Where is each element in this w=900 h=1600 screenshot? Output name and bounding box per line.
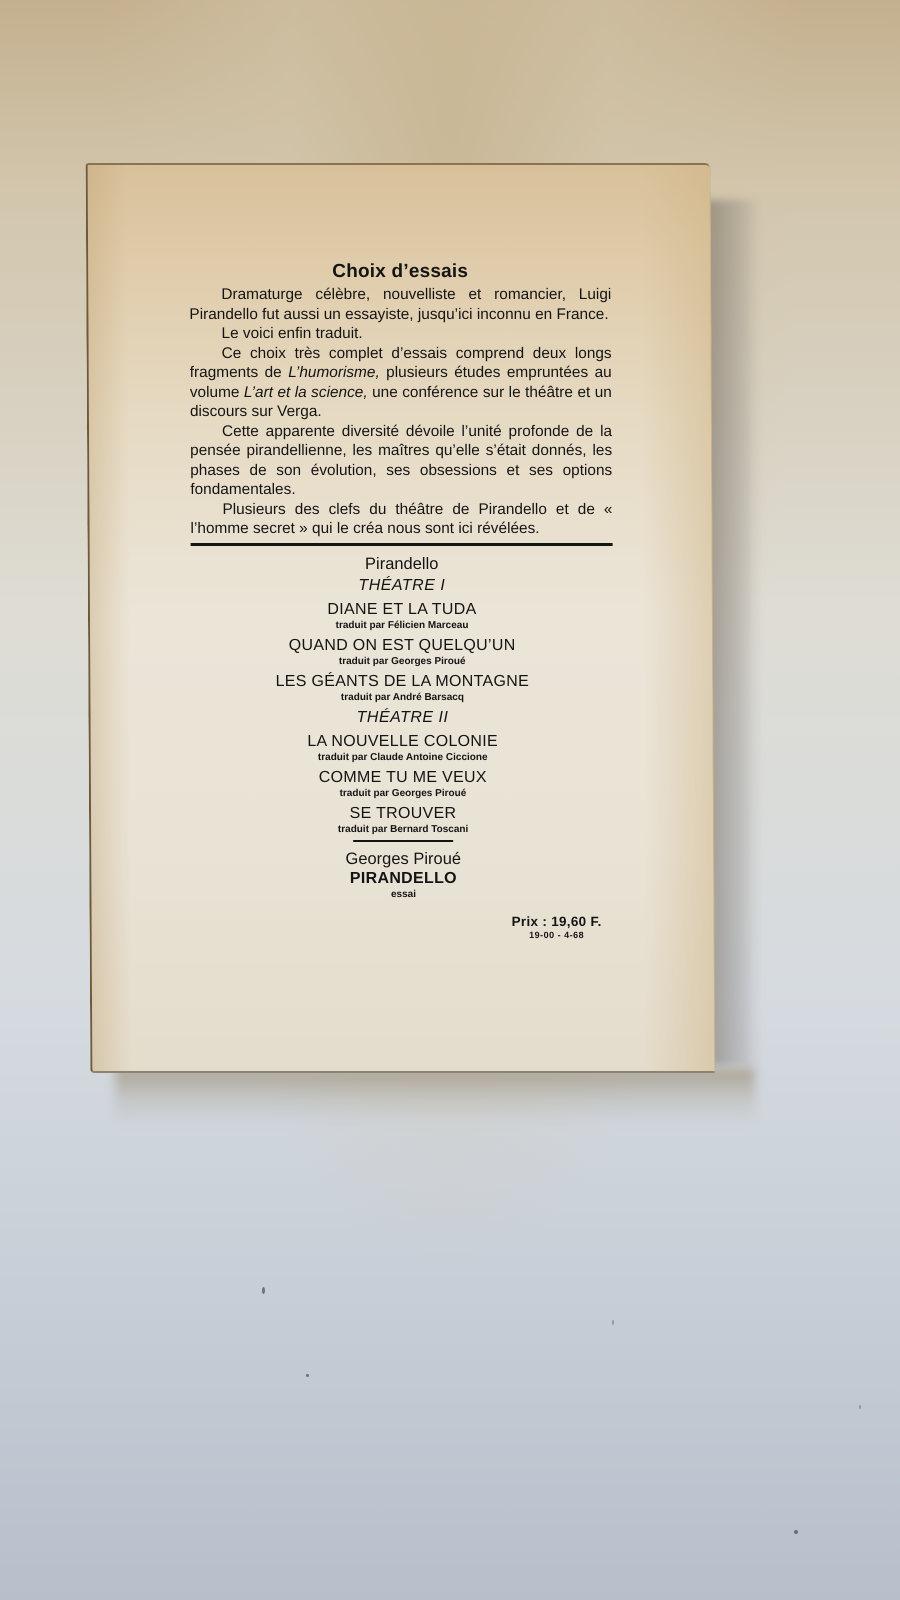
play-translator: traduit par Georges Piroué	[191, 655, 613, 668]
related-book-title: PIRANDELLO	[192, 869, 614, 888]
section-divider	[191, 543, 613, 546]
short-divider	[353, 840, 453, 843]
volume-label: THÉATRE II	[191, 708, 613, 728]
surface-speck	[612, 1320, 614, 1325]
price-block: Prix : 19,60 F. 19-00 - 4-68	[492, 914, 622, 941]
surface-speck	[859, 1405, 861, 1409]
blurb-body: Dramaturge célèbre, nouvelliste et roman…	[189, 285, 612, 539]
catalog-code: 19-00 - 4-68	[492, 930, 622, 941]
blurb-paragraph: Cette apparente diversité dévoile l’unit…	[190, 422, 612, 500]
play-title: SE TROUVER	[192, 804, 614, 823]
related-book-author: Georges Piroué	[192, 849, 614, 869]
book-shadow-bottom	[115, 1068, 755, 1123]
series-author: Pirandello	[191, 554, 613, 574]
volumes-list: THÉATRE IDIANE ET LA TUDAtraduit par Fél…	[191, 576, 614, 836]
play-translator: traduit par André Barsacq	[191, 691, 613, 704]
blurb-paragraph: Le voici enfin traduit.	[189, 324, 611, 344]
blurb-paragraph: Dramaturge célèbre, nouvelliste et roman…	[189, 285, 611, 324]
volume-label: THÉATRE I	[191, 576, 613, 596]
italic-work-title: L’art et la science,	[244, 384, 368, 401]
play-translator: traduit par Félicien Marceau	[191, 619, 613, 632]
play-title: LES GÉANTS DE LA MONTAGNE	[191, 672, 613, 691]
text-run: Dramaturge célèbre, nouvelliste et roman…	[189, 286, 611, 323]
text-run: Plusieurs des clefs du théâtre de Pirand…	[190, 501, 612, 538]
blurb-title: Choix d’essais	[189, 261, 611, 283]
play-title: LA NOUVELLE COLONIE	[192, 732, 614, 751]
surface-speck	[262, 1287, 265, 1294]
blurb-paragraph: Ce choix très complet d’essais comprend …	[190, 344, 612, 422]
text-run: Cette apparente diversité dévoile l’unit…	[190, 423, 612, 499]
play-title: COMME TU ME VEUX	[192, 768, 614, 787]
price-label: Prix : 19,60 F.	[492, 914, 622, 930]
related-book-genre: essai	[192, 888, 614, 902]
blurb-paragraph: Plusieurs des clefs du théâtre de Pirand…	[190, 500, 612, 539]
text-run: Le voici enfin traduit.	[221, 325, 362, 342]
same-author-list: Pirandello THÉATRE IDIANE ET LA TUDAtrad…	[191, 554, 615, 903]
book-back-cover: Choix d’essais Dramaturge célèbre, nouve…	[86, 163, 716, 1073]
play-title: QUAND ON EST QUELQU’UN	[191, 636, 613, 655]
surface-speck	[306, 1374, 309, 1377]
italic-work-title: L’humorisme,	[288, 364, 380, 381]
surface-speck	[794, 1530, 798, 1534]
play-translator: traduit par Bernard Toscani	[192, 823, 614, 836]
back-cover-content: Choix d’essais Dramaturge célèbre, nouve…	[189, 261, 614, 902]
play-translator: traduit par Georges Piroué	[192, 787, 614, 800]
play-translator: traduit par Claude Antoine Ciccione	[192, 751, 614, 764]
play-title: DIANE ET LA TUDA	[191, 600, 613, 619]
